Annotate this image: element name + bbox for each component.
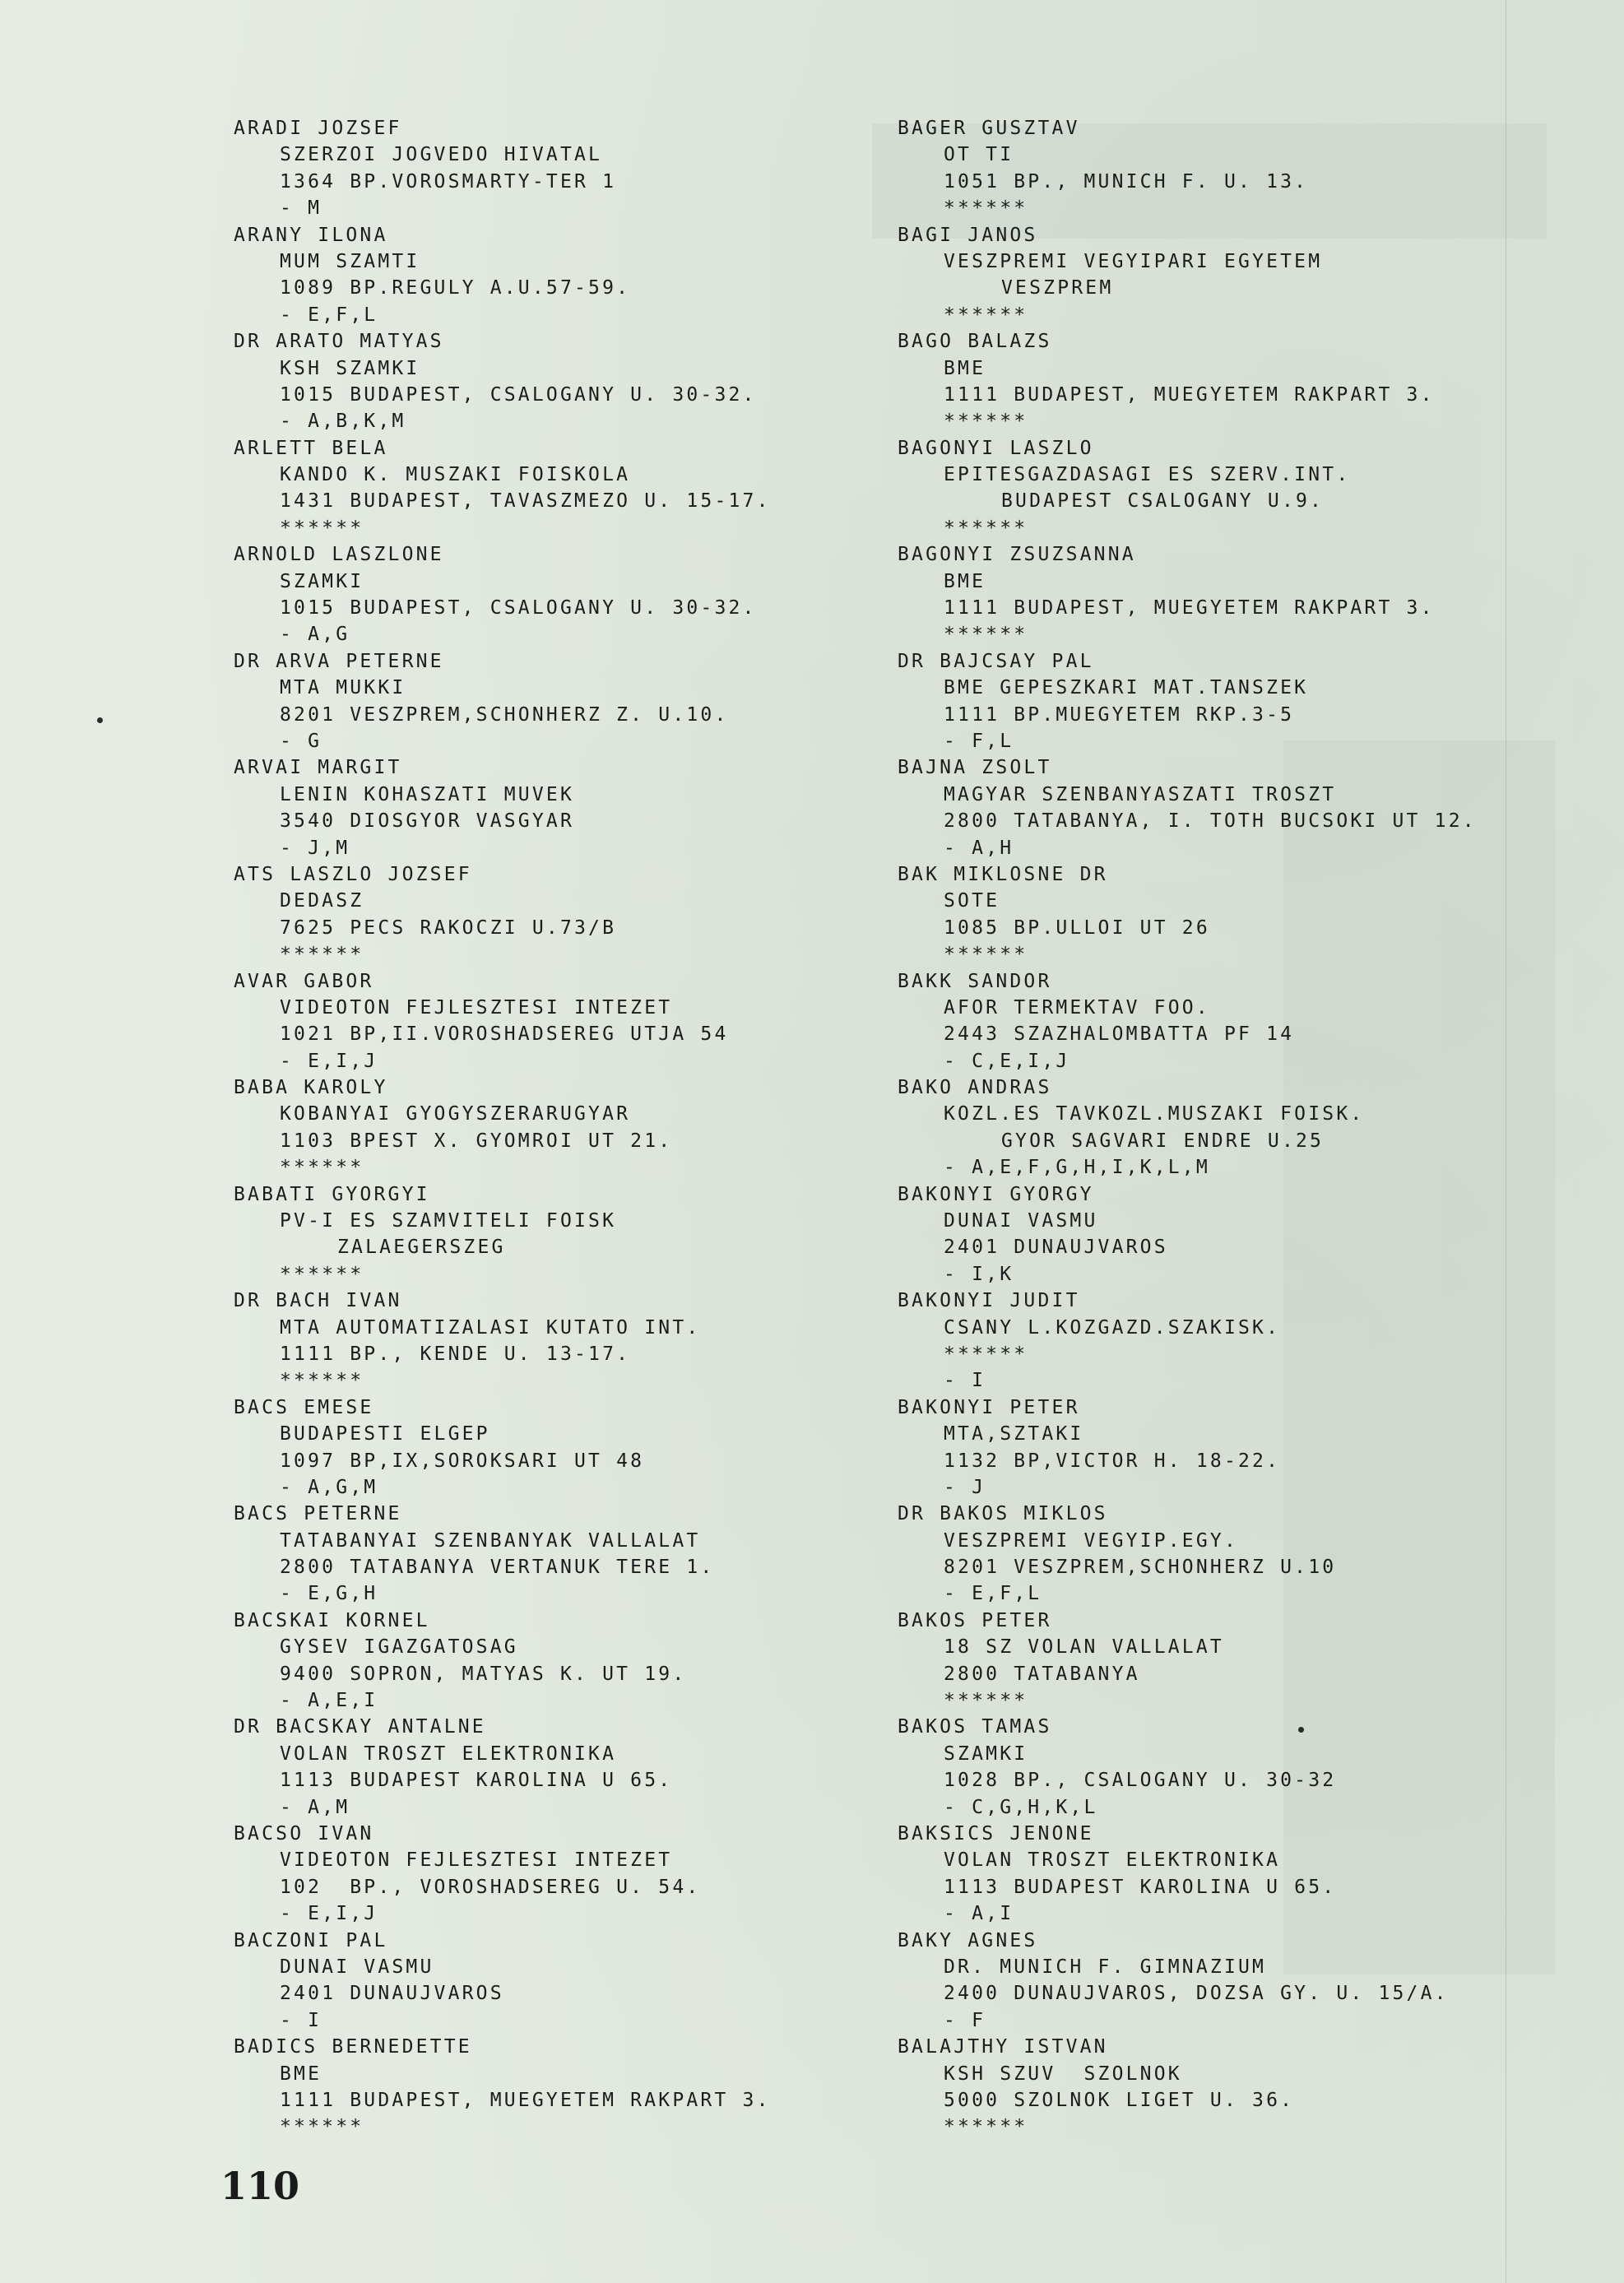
entry-name: BAK MIKLOSNE DR (898, 861, 1477, 888)
entry-codes: ****** (898, 302, 1477, 328)
entry-codes: - E,I,J (234, 1900, 771, 1927)
directory-entry: BACSKAI KORNELGYSEV IGAZGATOSAG9400 SOPR… (234, 1608, 771, 1715)
entry-name: ARLETT BELA (234, 435, 771, 462)
entry-address: 1051 BP., MUNICH F. U. 13. (898, 169, 1477, 195)
entry-name: ARANY ILONA (234, 222, 771, 248)
directory-entry: ARNOLD LASZLONESZAMKI1015 BUDAPEST, CSAL… (234, 541, 771, 648)
entry-institution: DEDASZ (234, 888, 771, 914)
directory-entry: BAKONYI JUDITCSANY L.KOZGAZD.SZAKISK.***… (898, 1288, 1477, 1394)
entry-institution: BME (898, 568, 1477, 595)
entry-name: DR BAJCSAY PAL (898, 648, 1477, 675)
entry-institution: VOLAN TROSZT ELEKTRONIKA (898, 1847, 1477, 1873)
entry-institution: VESZPREMI VEGYIP.EGY. (898, 1528, 1477, 1554)
entry-codes: - A,M (234, 1794, 771, 1821)
entry-institution: BME (234, 2061, 771, 2087)
entry-codes: ****** (234, 941, 771, 967)
entry-institution: BME (898, 355, 1477, 382)
entry-address: 2443 SZAZHALOMBATTA PF 14 (898, 1021, 1477, 1047)
entry-name: ARADI JOZSEF (234, 115, 771, 142)
entry-name: BAKONYI PETER (898, 1394, 1477, 1421)
entry-codes: - E,F,L (898, 1580, 1477, 1607)
entry-name: DR BAKOS MIKLOS (898, 1501, 1477, 1527)
entry-address: 1015 BUDAPEST, CSALOGANY U. 30-32. (234, 595, 771, 621)
directory-entry: BACSO IVANVIDEOTON FEJLESZTESI INTEZET10… (234, 1821, 771, 1928)
directory-entry: BAKK SANDORAFOR TERMEKTAV FOO.2443 SZAZH… (898, 968, 1477, 1075)
entry-address: 1111 BUDAPEST, MUEGYETEM RAKPART 3. (234, 2087, 771, 2114)
directory-entry: BACS EMESEBUDAPESTI ELGEP1097 BP,IX,SORO… (234, 1394, 771, 1501)
entry-codes: - F (898, 2007, 1477, 2034)
directory-entry: BAGER GUSZTAVOT TI1051 BP., MUNICH F. U.… (898, 115, 1477, 222)
entry-institution: DUNAI VASMU (234, 1954, 771, 1980)
entry-name: BAGI JANOS (898, 222, 1477, 248)
entry-name: ATS LASZLO JOZSEF (234, 861, 771, 888)
entry-name: DR BACH IVAN (234, 1288, 771, 1314)
entry-codes: - E,I,J (234, 1048, 771, 1074)
entry-name: BAJNA ZSOLT (898, 754, 1477, 781)
entry-institution: BME GEPESZKARI MAT.TANSZEK (898, 675, 1477, 701)
entry-address-continuation: ZALAEGERSZEG (234, 1234, 771, 1260)
directory-entry: BAGONYI ZSUZSANNABME1111 BUDAPEST, MUEGY… (898, 541, 1477, 648)
directory-entry: BABATI GYORGYIPV-I ES SZAMVITELI FOISKZA… (234, 1181, 771, 1288)
entry-name: BALAJTHY ISTVAN (898, 2034, 1477, 2060)
entry-institution: SZERZOI JOGVEDO HIVATAL (234, 142, 771, 168)
directory-entry: DR BACSKAY ANTALNEVOLAN TROSZT ELEKTRONI… (234, 1714, 771, 1821)
entry-institution: MUM SZAMTI (234, 248, 771, 275)
entry-codes: - C,E,I,J (898, 1048, 1477, 1074)
directory-entry: BAGO BALAZSBME1111 BUDAPEST, MUEGYETEM R… (898, 328, 1477, 435)
entry-address: 9400 SOPRON, MATYAS K. UT 19. (234, 1661, 771, 1687)
directory-column-left: ARADI JOZSEFSZERZOI JOGVEDO HIVATAL1364 … (234, 115, 771, 2141)
entry-codes: - J (898, 1474, 1477, 1501)
entry-codes: ****** (898, 621, 1477, 647)
directory-entry: ARADI JOZSEFSZERZOI JOGVEDO HIVATAL1364 … (234, 115, 771, 222)
entry-address: 1364 BP.VOROSMARTY-TER 1 (234, 169, 771, 195)
entry-codes: - A,H (898, 835, 1477, 861)
entry-codes: ****** (898, 941, 1477, 967)
directory-entry: ARANY ILONAMUM SZAMTI1089 BP.REGULY A.U.… (234, 222, 771, 329)
entry-name: BACSKAI KORNEL (234, 1608, 771, 1634)
entry-name: BACS PETERNE (234, 1501, 771, 1527)
entry-name: BACZONI PAL (234, 1928, 771, 1954)
entry-name: BAKONYI JUDIT (898, 1288, 1477, 1314)
entry-address-continuation: VESZPREM (898, 275, 1477, 301)
directory-entry: DR BAJCSAY PALBME GEPESZKARI MAT.TANSZEK… (898, 648, 1477, 755)
directory-entry: DR ARVA PETERNEMTA MUKKI8201 VESZPREM,SC… (234, 648, 771, 755)
entry-institution: VESZPREMI VEGYIPARI EGYETEM (898, 248, 1477, 275)
entry-codes: ****** (898, 195, 1477, 221)
entry-name: BAGER GUSZTAV (898, 115, 1477, 142)
entry-address: 2800 TATABANYA, I. TOTH BUCSOKI UT 12. (898, 808, 1477, 834)
directory-entry: BACZONI PALDUNAI VASMU2401 DUNAUJVAROS- … (234, 1928, 771, 2035)
entry-address: 1111 BUDAPEST, MUEGYETEM RAKPART 3. (898, 382, 1477, 408)
entry-codes: - E,F,L (234, 302, 771, 328)
entry-name: BAKONYI GYORGY (898, 1181, 1477, 1208)
entry-codes: - A,G,M (234, 1474, 771, 1501)
directory-entry: BAKONYI GYORGYDUNAI VASMU2401 DUNAUJVARO… (898, 1181, 1477, 1288)
page-number: 110 (220, 2164, 299, 2208)
directory-entry: BAKO ANDRASKOZL.ES TAVKOZL.MUSZAKI FOISK… (898, 1074, 1477, 1181)
entry-address: 1111 BP.MUEGYETEM RKP.3-5 (898, 702, 1477, 728)
entry-address: 3540 DIOSGYOR VASGYAR (234, 808, 771, 834)
entry-name: BABA KAROLY (234, 1074, 771, 1101)
entry-address: 1085 BP.ULLOI UT 26 (898, 915, 1477, 941)
entry-codes: - A,E,F,G,H,I,K,L,M (898, 1154, 1477, 1181)
entry-codes: ****** (898, 2114, 1477, 2140)
entry-codes: - A,I (898, 1900, 1477, 1927)
directory-entry: ARVAI MARGITLENIN KOHASZATI MUVEK3540 DI… (234, 754, 771, 861)
entry-name: ARNOLD LASZLONE (234, 541, 771, 568)
entry-name: BAKO ANDRAS (898, 1074, 1477, 1101)
entry-address: 102 BP., VOROSHADSEREG U. 54. (234, 1874, 771, 1900)
entry-codes: ****** (234, 1261, 771, 1288)
directory-entry: BAKSICS JENONEVOLAN TROSZT ELEKTRONIKA11… (898, 1821, 1477, 1928)
entry-institution: DR. MUNICH F. GIMNAZIUM (898, 1954, 1477, 1980)
entry-name: BACSO IVAN (234, 1821, 771, 1847)
directory-entry: BAK MIKLOSNE DRSOTE1085 BP.ULLOI UT 26**… (898, 861, 1477, 968)
entry-codes: - J,M (234, 835, 771, 861)
entry-name: ARVAI MARGIT (234, 754, 771, 781)
entry-address: ****** (898, 1341, 1477, 1367)
entry-institution: AFOR TERMEKTAV FOO. (898, 995, 1477, 1021)
directory-entry: BABA KAROLYKOBANYAI GYOGYSZERARUGYAR1103… (234, 1074, 771, 1181)
entry-institution: KOZL.ES TAVKOZL.MUSZAKI FOISK. (898, 1101, 1477, 1127)
entry-institution: MTA AUTOMATIZALASI KUTATO INT. (234, 1315, 771, 1341)
directory-entry: BAKONYI PETERMTA,SZTAKI1132 BP,VICTOR H.… (898, 1394, 1477, 1501)
print-speck (97, 717, 103, 723)
directory-column-right: BAGER GUSZTAVOT TI1051 BP., MUNICH F. U.… (898, 115, 1477, 2141)
entry-institution: TATABANYAI SZENBANYAK VALLALAT (234, 1528, 771, 1554)
directory-entry: BAKOS PETER18 SZ VOLAN VALLALAT2800 TATA… (898, 1608, 1477, 1715)
entry-address: 1132 BP,VICTOR H. 18-22. (898, 1448, 1477, 1474)
entry-institution: 18 SZ VOLAN VALLALAT (898, 1634, 1477, 1660)
entry-institution: VOLAN TROSZT ELEKTRONIKA (234, 1741, 771, 1767)
entry-name: BAKSICS JENONE (898, 1821, 1477, 1847)
entry-address: 7625 PECS RAKOCZI U.73/B (234, 915, 771, 941)
entry-address: 1113 BUDAPEST KAROLINA U 65. (234, 1767, 771, 1793)
entry-address: 1097 BP,IX,SOROKSARI UT 48 (234, 1448, 771, 1474)
entry-address: 1431 BUDAPEST, TAVASZMEZO U. 15-17. (234, 488, 771, 514)
directory-entry: ATS LASZLO JOZSEFDEDASZ7625 PECS RAKOCZI… (234, 861, 771, 968)
entry-address: 1089 BP.REGULY A.U.57-59. (234, 275, 771, 301)
entry-name: DR BACSKAY ANTALNE (234, 1714, 771, 1740)
entry-address: 8201 VESZPREM,SCHONHERZ Z. U.10. (234, 702, 771, 728)
entry-institution: EPITESGAZDASAGI ES SZERV.INT. (898, 462, 1477, 488)
entry-codes: ****** (234, 1154, 771, 1181)
directory-entry: BALAJTHY ISTVANKSH SZUV SZOLNOK5000 SZOL… (898, 2034, 1477, 2141)
entry-name: BAKY AGNES (898, 1928, 1477, 1954)
entry-address: 2400 DUNAUJVAROS, DOZSA GY. U. 15/A. (898, 1980, 1477, 2007)
entry-codes: ****** (234, 2114, 771, 2140)
entry-codes: - A,B,K,M (234, 408, 771, 434)
entry-address: 1021 BP,II.VOROSHADSEREG UTJA 54 (234, 1021, 771, 1047)
entry-name: BACS EMESE (234, 1394, 771, 1421)
directory-entry: BAKOS TAMASSZAMKI1028 BP., CSALOGANY U. … (898, 1714, 1477, 1821)
page-edge-line (1506, 0, 1506, 2283)
directory-entry: BAGONYI LASZLOEPITESGAZDASAGI ES SZERV.I… (898, 435, 1477, 542)
entry-institution: OT TI (898, 142, 1477, 168)
entry-codes: - I (898, 1367, 1477, 1394)
entry-codes: - C,G,H,K,L (898, 1794, 1477, 1821)
directory-entry: BAGI JANOSVESZPREMI VEGYIPARI EGYETEMVES… (898, 222, 1477, 329)
entry-name: BAGONYI LASZLO (898, 435, 1477, 462)
entry-institution: KSH SZAMKI (234, 355, 771, 382)
entry-name: BAKOS TAMAS (898, 1714, 1477, 1740)
entry-codes: ****** (898, 515, 1477, 541)
entry-address: 1015 BUDAPEST, CSALOGANY U. 30-32. (234, 382, 771, 408)
entry-name: BAGO BALAZS (898, 328, 1477, 355)
entry-address: 1113 BUDAPEST KAROLINA U 65. (898, 1874, 1477, 1900)
entry-codes: ****** (898, 1687, 1477, 1714)
entry-institution: VIDEOTON FEJLESZTESI INTEZET (234, 1847, 771, 1873)
entry-institution: VIDEOTON FEJLESZTESI INTEZET (234, 995, 771, 1021)
entry-codes: ****** (234, 515, 771, 541)
directory-entry: BAKY AGNESDR. MUNICH F. GIMNAZIUM2400 DU… (898, 1928, 1477, 2035)
entry-address: 2401 DUNAUJVAROS (234, 1980, 771, 2007)
entry-name: BAKOS PETER (898, 1608, 1477, 1634)
entry-institution: SZAMKI (898, 1741, 1477, 1767)
entry-codes: ****** (234, 1367, 771, 1394)
entry-codes: - G (234, 728, 771, 754)
directory-entry: DR BACH IVANMTA AUTOMATIZALASI KUTATO IN… (234, 1288, 771, 1394)
entry-institution: KSH SZUV SZOLNOK (898, 2061, 1477, 2087)
entry-name: DR ARVA PETERNE (234, 648, 771, 675)
entry-codes: - M (234, 195, 771, 221)
entry-institution: CSANY L.KOZGAZD.SZAKISK. (898, 1315, 1477, 1341)
entry-name: DR ARATO MATYAS (234, 328, 771, 355)
entry-institution: SZAMKI (234, 568, 771, 595)
directory-entry: BADICS BERNEDETTEBME1111 BUDAPEST, MUEGY… (234, 2034, 771, 2141)
entry-codes: ****** (898, 408, 1477, 434)
directory-entry: AVAR GABORVIDEOTON FEJLESZTESI INTEZET10… (234, 968, 771, 1075)
entry-codes: - I,K (898, 1261, 1477, 1288)
entry-address: 1103 BPEST X. GYOMROI UT 21. (234, 1128, 771, 1154)
directory-entry: BAJNA ZSOLTMAGYAR SZENBANYASZATI TROSZT2… (898, 754, 1477, 861)
entry-name: BAKK SANDOR (898, 968, 1477, 995)
entry-address: 1028 BP., CSALOGANY U. 30-32 (898, 1767, 1477, 1793)
entry-address-continuation: BUDAPEST CSALOGANY U.9. (898, 488, 1477, 514)
directory-entry: ARLETT BELAKANDO K. MUSZAKI FOISKOLA1431… (234, 435, 771, 542)
entry-institution: LENIN KOHASZATI MUVEK (234, 782, 771, 808)
entry-institution: MTA,SZTAKI (898, 1421, 1477, 1447)
entry-address: 1111 BUDAPEST, MUEGYETEM RAKPART 3. (898, 595, 1477, 621)
entry-name: BAGONYI ZSUZSANNA (898, 541, 1477, 568)
entry-institution: DUNAI VASMU (898, 1208, 1477, 1234)
entry-address: 8201 VESZPREM,SCHONHERZ U.10 (898, 1554, 1477, 1580)
entry-institution: PV-I ES SZAMVITELI FOISK (234, 1208, 771, 1234)
directory-entry: DR BAKOS MIKLOSVESZPREMI VEGYIP.EGY.8201… (898, 1501, 1477, 1608)
entry-address: 5000 SZOLNOK LIGET U. 36. (898, 2087, 1477, 2114)
entry-name: BADICS BERNEDETTE (234, 2034, 771, 2060)
entry-name: BABATI GYORGYI (234, 1181, 771, 1208)
entry-institution: MTA MUKKI (234, 675, 771, 701)
entry-institution: KOBANYAI GYOGYSZERARUGYAR (234, 1101, 771, 1127)
entry-address: 2800 TATABANYA (898, 1661, 1477, 1687)
entry-codes: - A,E,I (234, 1687, 771, 1714)
entry-institution: GYSEV IGAZGATOSAG (234, 1634, 771, 1660)
entry-institution: SOTE (898, 888, 1477, 914)
directory-entry: BACS PETERNETATABANYAI SZENBANYAK VALLAL… (234, 1501, 771, 1608)
entry-codes: - F,L (898, 728, 1477, 754)
entry-address-continuation: GYOR SAGVARI ENDRE U.25 (898, 1128, 1477, 1154)
directory-entry: DR ARATO MATYASKSH SZAMKI1015 BUDAPEST, … (234, 328, 771, 435)
entry-address: 2800 TATABANYA VERTANUK TERE 1. (234, 1554, 771, 1580)
entry-name: AVAR GABOR (234, 968, 771, 995)
entry-codes: - E,G,H (234, 1580, 771, 1607)
entry-address: 2401 DUNAUJVAROS (898, 1234, 1477, 1260)
entry-institution: BUDAPESTI ELGEP (234, 1421, 771, 1447)
entry-institution: KANDO K. MUSZAKI FOISKOLA (234, 462, 771, 488)
entry-codes: - I (234, 2007, 771, 2034)
entry-institution: MAGYAR SZENBANYASZATI TROSZT (898, 782, 1477, 808)
entry-codes: - A,G (234, 621, 771, 647)
entry-address: 1111 BP., KENDE U. 13-17. (234, 1341, 771, 1367)
